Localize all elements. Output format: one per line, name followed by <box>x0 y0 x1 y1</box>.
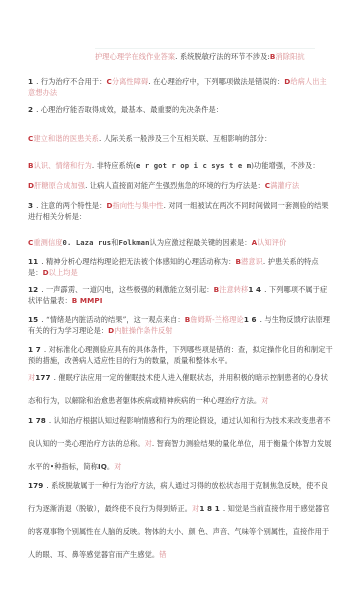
question-text: . 人际关系一般涉及三个互相关联、互相影响的部分： <box>99 134 271 143</box>
question-178: 1 78. 认知治疗根据认知过程影响情感和行为的理论假设，通过认知和行为技术来改… <box>28 409 333 478</box>
term-text: 0. Laza rus <box>63 238 112 247</box>
question-number: 12 <box>28 285 38 294</box>
question-number: 179 <box>28 481 43 490</box>
answer-text: 认识、情绪和行为 <box>34 161 92 170</box>
question-2-answer: C建立和谐的医患关系. 人际关系一般涉及三个互相关联、互相影响的部分： <box>28 133 333 144</box>
term-text: IQ <box>98 462 107 471</box>
question-number: 11 <box>28 257 38 266</box>
question-number: 1 6 <box>244 315 257 324</box>
title-text: . 系统脱敏疗法的环节不涉及: <box>175 52 270 61</box>
question-number: 1 4 <box>248 285 261 294</box>
question-12: 12. 一声霹雳、一道闪电，这些极强的刺激能立刻引起：B注意转移1 4. 下列哪… <box>28 284 333 306</box>
question-text: . 精神分析心理结构理论把无法被个体感知的心理活动称为： <box>41 257 235 266</box>
question-number: 1 <box>28 77 33 86</box>
answer-text: 詹姆斯-兰格理论 <box>190 315 244 324</box>
question-number: 15 <box>28 315 38 324</box>
question-text: 和 <box>111 238 118 247</box>
question-text: . “情绪是内脏活动的结果”，这一观点来自： <box>41 315 185 324</box>
term-text: e r got r op i c sys t e m <box>136 161 251 170</box>
answer-line-d: D肝糖原合成加强. 让病人直接面对能产生强烈焦急的环境的行为疗法是：C满灌疗法 <box>28 180 333 191</box>
answer-text: 重测信度 <box>33 238 62 247</box>
answer-text: 对 <box>114 462 121 471</box>
answer-key: B MMPI <box>72 296 103 305</box>
question-text: . 一声霹雳、一道闪电，这些极强的刺激能立刻引起： <box>41 285 213 294</box>
answer-text: 注意转移 <box>219 285 248 294</box>
answer-text: 认知评价 <box>257 238 286 247</box>
question-number: 3 <box>28 201 33 210</box>
question-text: )功能增强，不涉及： <box>251 161 320 170</box>
question-text: . 心理治疗能否取得成效，最基本、最重要的先决条件是： <box>36 105 223 114</box>
answer-text: 对 <box>261 396 268 405</box>
answer-line-b: B认识、情绪和行为. 非特应系统(e r got r op i c sys t … <box>28 160 333 171</box>
term-text: Folkman <box>119 238 150 247</box>
question-1: 1. 行为治疗不合用于：C分离性障碍. 在心理治疗中，下列哪项做法是错误的：D给… <box>28 76 333 98</box>
question-text: . 催眠疗法应用一定的催眠技术使人进入催眠状态，并用积极的暗示控制患者的心身状态… <box>28 373 328 405</box>
question-number: 2 <box>28 105 33 114</box>
question-2: 2. 心理治疗能否取得成效，最基本、最重要的先决条件是： <box>28 104 333 115</box>
answer-text: 指向性与集中性 <box>113 201 164 210</box>
question-text: 认为应激过程最关键的因素是： <box>150 238 252 247</box>
question-text: . 在心理治疗中，下列哪项做法是错误的： <box>148 77 284 86</box>
question-179: 179. 系统脱敏属于一种行为治疗方法，病人通过习得的放松状态用于克制焦急反映，… <box>28 474 333 566</box>
answer-text: 建立和谐的医患关系 <box>33 134 99 143</box>
answer-text: 肝糖原合成加强 <box>34 181 85 190</box>
question-17: 1 7. 对标准化心理测验应具有的具体条件，下列哪些项是错的：查，拟定操作化目的… <box>28 344 333 366</box>
question-number: 1 7 <box>28 345 41 354</box>
title-answer-label: 护理心理学在线作业答案 <box>95 52 175 61</box>
question-number: 1 78 <box>28 416 46 425</box>
question-3: 3. 注意的两个特性是：D指向性与集中性. 对同一组被试在两次不同时间做同一套测… <box>28 200 333 222</box>
answer-text: 潜意识 <box>241 257 263 266</box>
question-number: 177 <box>35 373 50 382</box>
answer-text: 错 <box>159 550 166 559</box>
title-line: 护理心理学在线作业答案. 系统脱敏疗法的环节不涉及:B消除阳抗 <box>28 51 364 62</box>
answer-text: 满灌疗法 <box>270 181 299 190</box>
answer-text: 对 <box>145 439 152 448</box>
answer-text: 分离性障碍 <box>112 77 148 86</box>
question-text: . 注意的两个特性是： <box>36 201 106 210</box>
question-text: . 让病人直接面对能产生强烈焦急的环境的行为疗法是： <box>85 181 265 190</box>
title-answer: 消除阳抗 <box>276 52 305 61</box>
question-text: . 行为治疗不合用于： <box>36 77 106 86</box>
question-text: . 非特应系统( <box>92 161 136 170</box>
question-text: . 对标准化心理测验应具有的具体条件，下列哪些项是错的：查，拟定操作化目的和制定… <box>28 345 333 365</box>
question-177: 对177. 催眠疗法应用一定的催眠技术使人进入催眠状态，并用积极的暗示控制患者的… <box>28 366 333 412</box>
answer-text: 内脏操作条件反射 <box>114 326 172 335</box>
question-15: 15. “情绪是内脏活动的结果”，这一观点来自：B詹姆斯-兰格理论1 6. 与生… <box>28 314 333 336</box>
question-10: C重测信度0. Laza rus和Folkman认为应激过程最关键的因素是：A认… <box>28 237 333 248</box>
header-rule <box>95 48 315 49</box>
question-number: 1 8 1 <box>199 504 220 513</box>
answer-text: 以上均是 <box>49 268 78 277</box>
question-11: 11. 精神分析心理结构理论把无法被个体感知的心理活动称为：B潜意识. 护患关系… <box>28 256 333 278</box>
